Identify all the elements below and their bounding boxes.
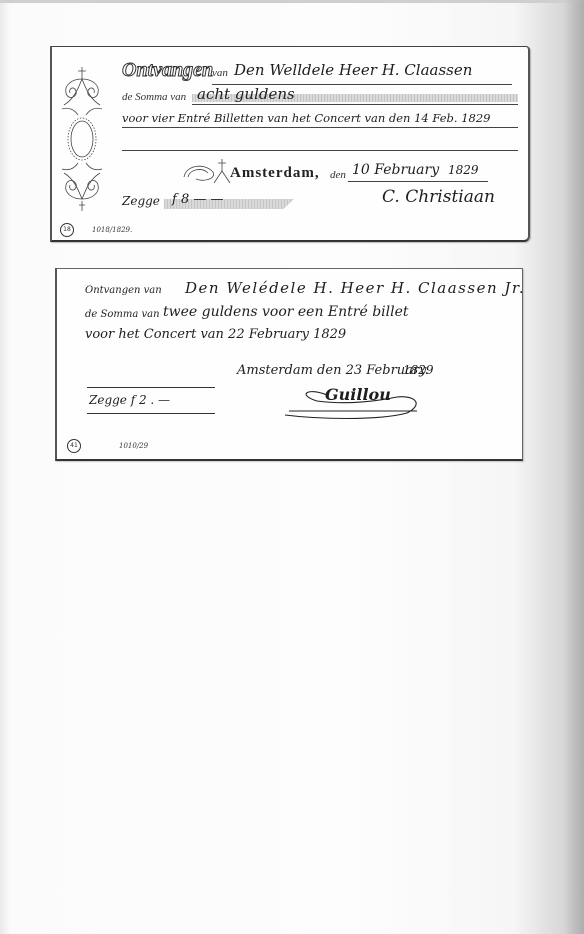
printed-heading-ontvangen: Ontvangen — [122, 59, 213, 82]
sum-underline — [192, 104, 518, 105]
zegge-top-line — [87, 387, 215, 388]
page-binding-shadow — [564, 0, 584, 934]
place-date: Amsterdam den 23 February. — [237, 363, 429, 378]
blank-line — [122, 150, 518, 151]
date-underline — [348, 181, 488, 182]
receipt-1: Ontvangen van Den Welldele Heer H. Claas… — [50, 46, 530, 242]
sum-amount-words: acht guldens — [197, 85, 295, 103]
payer-name: Den Welldele Heer H. Claassen — [234, 61, 472, 79]
year: 1829 — [403, 363, 434, 377]
purpose-underline — [122, 127, 518, 128]
zegge-amount: f 8 — — — [172, 192, 223, 207]
printed-van: van — [212, 67, 228, 79]
receipt-2: Ontvangen van Den Welédele H. Heer H. Cl… — [55, 268, 523, 461]
printed-sum-prefix: de Somma van — [85, 309, 160, 320]
page-top-edge — [0, 0, 584, 3]
amsterdam-flourish-icon — [182, 157, 232, 185]
stamp-number: 18 — [60, 223, 74, 237]
purpose-line: voor vier Entré Billetten van het Concer… — [122, 111, 491, 125]
engraved-ornament-icon — [58, 65, 106, 215]
stamp-number: 41 — [67, 439, 81, 453]
printed-place: Amsterdam, — [230, 165, 320, 182]
year-handwritten: 1829 — [448, 163, 479, 177]
payer-name: Den Welédele H. Heer H. Claassen Jr. — [185, 279, 525, 297]
sum-amount-words: twee guldens voor een Entré billet — [163, 304, 409, 320]
printed-ontvangen-van: Ontvangen van — [85, 285, 162, 296]
date-handwritten: 10 February — [352, 162, 439, 178]
printed-sum-prefix: de Somma van — [122, 91, 186, 103]
signature: Guillou — [325, 385, 391, 404]
zegge-label: Zegge — [122, 194, 160, 208]
printed-den: den — [330, 169, 346, 181]
signature: C. Christiaan — [382, 187, 495, 207]
zegge-amount: Zegge f 2 . — — [89, 393, 170, 407]
archive-number: 1018/1829. — [92, 226, 132, 234]
scanned-page: Ontvangen van Den Welldele Heer H. Claas… — [0, 0, 584, 934]
concert-line: voor het Concert van 22 February 1829 — [85, 327, 346, 342]
archive-number: 1010/29 — [119, 442, 148, 450]
zegge-bottom-line — [87, 413, 215, 414]
